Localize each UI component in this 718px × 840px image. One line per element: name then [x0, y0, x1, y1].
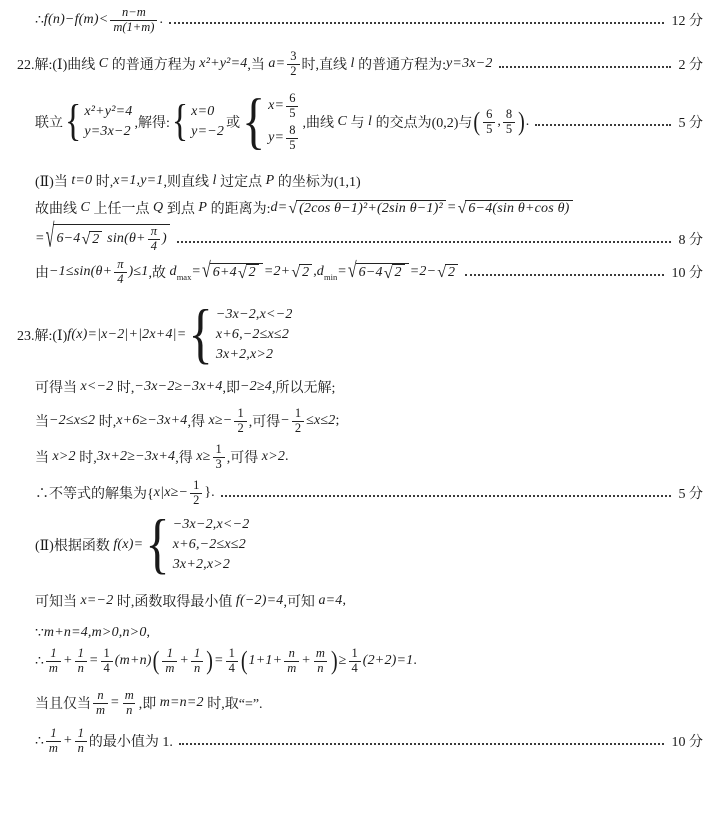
text-run: . — [526, 114, 530, 130]
math-run: −3x−2≥−3x+4 — [134, 379, 222, 395]
line-23-given: ∵m+n=4,m>0,n>0, — [17, 623, 703, 643]
math-run: x²+y²=4 — [199, 56, 247, 72]
dotted-leader — [535, 124, 670, 126]
line-23-solution-set: ∴不等式的解集为{x|x≥−12}.5 分 — [17, 479, 703, 507]
score-label: 5 分 — [679, 112, 704, 132]
text-run: 联立 — [35, 112, 63, 132]
text-run: ,所以无解; — [272, 377, 335, 397]
cases-rows: −3x−2,x<−2x+6,−2≤x≤23x+2,x>2 — [214, 307, 293, 363]
fraction-denominator: 4 — [349, 661, 361, 676]
square-root: √6−4√2 sin(θ+π4) — [46, 224, 170, 253]
math-run: 2 — [249, 265, 256, 281]
text-run: ,即 — [223, 377, 241, 397]
math-run: = — [35, 231, 45, 247]
fraction-denominator: 2 — [287, 64, 299, 79]
line-23-part1-piecewise: 23.解:(Ⅰ)f(x)=|x−2|+|2x+4|={−3x−2,x<−2x+6… — [17, 307, 703, 363]
fraction: 13 — [213, 443, 225, 471]
score-label: 10 分 — [672, 731, 704, 751]
square-root: √6−4√2 — [348, 263, 409, 281]
cases-row: y=3x−2 — [84, 124, 131, 140]
piecewise-cases: {−3x−2,x<−2x+6,−2≤x≤23x+2,x>2 — [145, 517, 249, 573]
text-run: . — [413, 653, 417, 669]
line-23-amgm: ∴1m+1n=14(m+n)(1m+1n)=14(1+1+nm+mn)≥14(2… — [17, 647, 703, 675]
math-run: =2− — [410, 264, 437, 280]
math-run: x=0 — [191, 104, 214, 120]
text-run: ,解得: — [134, 112, 169, 132]
math-run: = — [191, 264, 201, 280]
math-run: x≥ — [196, 449, 210, 465]
math-run: =2+ — [264, 264, 291, 280]
square-root: √(2cos θ−1)²+(2sin θ−1)² — [288, 200, 446, 217]
text-run: 由 — [35, 262, 49, 282]
math-run: Q — [153, 200, 163, 216]
math-run: f(n)−f(m)< — [44, 12, 108, 28]
text-run: 当 — [35, 411, 49, 431]
radical-sign: √ — [202, 260, 211, 281]
fraction-numerator: n−m — [119, 6, 149, 20]
math-run: + — [179, 653, 189, 669]
fraction-denominator: n — [75, 741, 87, 756]
text-run: 上任一点 — [90, 198, 153, 218]
score-label: 8 分 — [679, 229, 704, 249]
fraction: mn — [313, 647, 328, 675]
fraction-numerator: 8 — [286, 124, 298, 138]
fraction: 1n — [75, 647, 87, 675]
fraction-numerator: 1 — [101, 647, 113, 661]
math-run: t=0 — [71, 173, 92, 189]
line-23-case1: 可得当 x<−2 时,−3x−2≥−3x+4,即−2≥4,所以无解; — [17, 377, 703, 397]
math-run: y=3x−2 — [446, 56, 493, 72]
text-run: , — [343, 593, 347, 609]
fraction-numerator: 1 — [47, 727, 59, 741]
line-22-solve-system: 联立{x²+y²=4y=3x−2,解得:{x=0y=−2或{x=65y=85,曲… — [17, 92, 703, 152]
text-run: 时, — [92, 171, 113, 191]
fraction: 12 — [190, 479, 202, 507]
fraction-denominator: n — [123, 703, 135, 718]
text-run: 时,函数取得最小值 — [113, 591, 236, 611]
text-run: 可知当 — [35, 591, 81, 611]
radicand: 6−4√2 sin(θ+π4) — [53, 224, 169, 253]
math-run: f(−2)=4 — [236, 593, 284, 609]
math-run: 2 — [302, 265, 309, 281]
radicand: 2 — [299, 264, 312, 281]
math-run: 6+4 — [213, 265, 237, 281]
math-run: x= — [268, 98, 284, 114]
math-run: C — [99, 56, 109, 72]
radicand: 2 — [445, 264, 458, 281]
fraction-numerator: n — [286, 647, 298, 661]
text-run: 到点 — [163, 198, 198, 218]
math-run: a= — [268, 56, 285, 72]
math-run: 6−4 — [359, 265, 383, 281]
line-23-min-value: 可知当 x=−2 时,函数取得最小值 f(−2)=4,可知 a=4, — [17, 591, 703, 611]
fraction-numerator: π — [148, 225, 160, 239]
math-run: + — [63, 653, 73, 669]
text-run: (Ⅱ)根据函数 — [35, 535, 113, 555]
fraction: 32 — [287, 50, 299, 78]
text-run: 过定点 — [217, 171, 266, 191]
big-paren: ) — [331, 648, 338, 674]
text-run: 的普通方程为 — [108, 54, 199, 74]
fraction-numerator: 1 — [213, 443, 225, 457]
text-run: . — [285, 449, 289, 465]
math-run: 3x+2,x>2 — [216, 347, 273, 363]
math-run: x>2 — [262, 449, 285, 465]
piecewise-cases: {x=65y=85 — [242, 92, 300, 152]
line-23-case3: 当 x>2 时,3x+2≥−3x+4,得 x≥13,可得 x>2. — [17, 443, 703, 471]
math-run: P — [266, 173, 275, 189]
cases-row: y=85 — [268, 124, 300, 152]
math-run: P — [198, 200, 207, 216]
fraction-numerator: n — [94, 689, 106, 703]
fraction: mn — [122, 689, 137, 717]
text-run: 或 — [226, 112, 240, 132]
left-brace: { — [172, 100, 188, 144]
math-run: (2cos θ−1)²+(2sin θ−1)² — [299, 201, 443, 217]
line-22-distance-simplified: =√6−4√2 sin(θ+π4)8 分 — [17, 224, 703, 253]
cases-row: x²+y²=4 — [84, 104, 132, 120]
math-run: y=3x−2 — [84, 124, 131, 140]
text-run: (Ⅱ)当 — [35, 171, 71, 191]
math-run: x=1,y=1 — [113, 173, 163, 189]
fraction-numerator: 6 — [286, 92, 298, 106]
cases-row: 3x+2,x>2 — [216, 347, 273, 363]
fraction-denominator: 3 — [213, 457, 225, 472]
score-label: 5 分 — [679, 483, 704, 503]
square-root: √2 — [291, 264, 312, 281]
fraction-denominator: m(1+m) — [110, 20, 157, 35]
fraction: nm — [93, 689, 108, 717]
piecewise-cases: {x=0y=−2 — [172, 104, 224, 140]
text-run: ,可知 — [283, 591, 318, 611]
math-run: C — [337, 114, 347, 130]
text-run: , — [497, 114, 501, 130]
text-run: 当 — [35, 447, 53, 467]
fraction: nm — [284, 647, 299, 675]
fraction-denominator: m — [284, 661, 299, 676]
math-run: a=4 — [318, 593, 342, 609]
square-root: √6−4(sin θ+cos θ) — [458, 200, 573, 217]
left-brace: { — [145, 512, 169, 578]
math-run: ≤x≤2 — [306, 413, 335, 429]
radicand: 2 — [392, 264, 405, 281]
text-run: ,即 — [139, 693, 160, 713]
text-run: ; — [336, 413, 340, 429]
math-run: x²+y²=4 — [84, 104, 132, 120]
math-run: )≤1 — [129, 264, 149, 280]
cases-row: x=0 — [191, 104, 214, 120]
text-run: ,得 — [188, 411, 209, 431]
subscript: min — [324, 272, 337, 282]
fraction-denominator: m — [93, 703, 108, 718]
math-run: (2+2)=1 — [363, 653, 414, 669]
fraction: 12 — [234, 407, 246, 435]
fraction-denominator: m — [46, 661, 61, 676]
fraction-numerator: 1 — [164, 647, 176, 661]
fraction: 12 — [292, 407, 304, 435]
big-paren: ) — [518, 109, 525, 135]
text-run: 时, — [95, 411, 116, 431]
document-body: ∴f(n)−f(m)<n−mm(1+m).12 分22.解:(Ⅰ)曲线 C 的普… — [17, 6, 703, 755]
text-run: ∴ — [35, 733, 44, 750]
line-22-part2-point: (Ⅱ)当 t=0 时,x=1,y=1,则直线 l 过定点 P 的坐标为(1,1) — [17, 171, 703, 191]
fraction-numerator: m — [313, 647, 328, 661]
math-run: = — [214, 653, 224, 669]
math-run: + — [301, 653, 311, 669]
fraction-numerator: 1 — [349, 647, 361, 661]
math-run: x+6,−2≤x≤2 — [216, 327, 289, 343]
math-run: 3x+2≥−3x+4 — [97, 449, 175, 465]
math-run: x|x≥− — [154, 485, 188, 501]
line-21-conclusion: ∴f(n)−f(m)<n−mm(1+m).12 分 — [17, 6, 703, 34]
cases-rows: x=65y=85 — [266, 92, 300, 152]
math-run: − — [280, 413, 290, 429]
line-22-distance: 故曲线 C 上任一点 Q 到点 P 的距离为:d=√(2cos θ−1)²+(2… — [17, 198, 703, 218]
math-run: 2 — [448, 265, 455, 281]
math-run: x+6,−2≤x≤2 — [173, 537, 246, 553]
line-23-equality-condition: 当且仅当nm=mn,即 m=n=2 时,取“=”. — [17, 689, 703, 717]
piecewise-cases: {x²+y²=4y=3x−2 — [65, 104, 132, 140]
cases-row: −3x−2,x<−2 — [216, 307, 293, 323]
text-run: }. — [204, 485, 214, 501]
cases-row: 3x+2,x>2 — [173, 557, 230, 573]
score-label: 2 分 — [679, 54, 704, 74]
fraction-denominator: 2 — [292, 421, 304, 436]
square-root: √2 — [82, 231, 103, 248]
math-run: = — [89, 653, 99, 669]
text-run: 的坐标为(1,1) — [274, 171, 360, 191]
text-run: 的距离为: — [207, 198, 270, 218]
fraction-numerator: 1 — [47, 647, 59, 661]
dotted-leader — [465, 274, 663, 276]
line-22-part1: 22.解:(Ⅰ)曲线 C 的普通方程为 x²+y²=4,当 a=32时,直线 l… — [17, 50, 703, 78]
fraction-denominator: n — [314, 661, 326, 676]
math-run: −1≤sin(θ+ — [49, 264, 112, 280]
fraction: 85 — [286, 124, 298, 152]
math-run: y= — [268, 130, 284, 146]
fraction: π4 — [114, 258, 126, 286]
fraction: 85 — [503, 108, 515, 136]
text-run: ,故 — [148, 262, 169, 282]
big-paren: ( — [473, 109, 480, 135]
fraction-numerator: 1 — [292, 407, 304, 421]
radicand: 2 — [89, 231, 102, 248]
text-run: ,可得 — [227, 447, 262, 467]
fraction-denominator: 4 — [114, 272, 126, 287]
math-run: (m+n) — [115, 653, 152, 669]
fraction-denominator: 4 — [101, 661, 113, 676]
fraction-numerator: m — [122, 689, 137, 703]
left-brace: { — [242, 91, 265, 153]
big-paren: ( — [153, 648, 160, 674]
text-run: 时, — [76, 447, 97, 467]
fraction-denominator: 4 — [226, 661, 238, 676]
document-page: ∴f(n)−f(m)<n−mm(1+m).12 分22.解:(Ⅰ)曲线 C 的普… — [0, 0, 718, 840]
math-run: m+n=4,m>0,n>0 — [44, 625, 147, 641]
fraction-numerator: π — [114, 258, 126, 272]
cases-row: y=−2 — [191, 124, 224, 140]
radicand: (2cos θ−1)²+(2sin θ−1)² — [296, 200, 446, 217]
fraction: 1n — [75, 727, 87, 755]
fraction: n−mm(1+m) — [110, 6, 157, 34]
radical-sign: √ — [46, 222, 55, 253]
math-run: ≥ — [339, 653, 347, 669]
fraction: 14 — [101, 647, 113, 675]
square-root: √2 — [437, 264, 458, 281]
text-run: ∴ — [35, 653, 44, 670]
subscript: max — [177, 272, 192, 282]
text-run: 与 — [347, 112, 368, 132]
fraction-denominator: n — [75, 661, 87, 676]
piecewise-cases: {−3x−2,x<−2x+6,−2≤x≤23x+2,x>2 — [188, 307, 292, 363]
text-run: 22.解:(Ⅰ)曲线 — [17, 54, 99, 74]
math-run: d — [169, 264, 176, 280]
math-run: x>2 — [53, 449, 76, 465]
math-run: −2≤x≤2 — [49, 413, 95, 429]
math-run: 3x+2,x>2 — [173, 557, 230, 573]
line-23-part2-piecewise: (Ⅱ)根据函数 f(x)={−3x−2,x<−2x+6,−2≤x≤23x+2,x… — [17, 517, 703, 573]
big-paren: ) — [206, 648, 213, 674]
text-run: 当且仅当 — [35, 693, 91, 713]
cases-row: −3x−2,x<−2 — [173, 517, 250, 533]
fraction-numerator: 1 — [191, 647, 203, 661]
text-run: ,曲线 — [302, 112, 337, 132]
cases-row: x+6,−2≤x≤2 — [216, 327, 289, 343]
fraction-numerator: 3 — [287, 50, 299, 64]
math-run: 1+1+ — [249, 653, 283, 669]
math-run: −3x−2,x<−2 — [173, 517, 250, 533]
dotted-leader — [169, 22, 664, 24]
line-23-case2: 当−2≤x≤2 时,x+6≥−3x+4,得 x≥−12,可得−12≤x≤2; — [17, 407, 703, 435]
math-run: y=−2 — [191, 124, 224, 140]
fraction: 14 — [349, 647, 361, 675]
cases-row: x+6,−2≤x≤2 — [173, 537, 246, 553]
math-run: C — [81, 200, 91, 216]
text-run: 的最小值为 1. — [89, 731, 173, 751]
square-root: √6+4√2 — [202, 263, 263, 281]
math-run: d= — [271, 200, 288, 216]
radicand: 6+4√2 — [210, 263, 263, 281]
math-run: f(x)=|x−2|+|2x+4|= — [67, 327, 186, 343]
fraction-denominator: 4 — [148, 239, 160, 254]
fraction: 1n — [191, 647, 203, 675]
dotted-leader — [177, 241, 671, 243]
text-run: ∵ — [35, 625, 44, 642]
text-run: 23.解:(Ⅰ) — [17, 325, 67, 345]
text-run: ,则直线 — [164, 171, 213, 191]
fraction-numerator: 1 — [75, 727, 87, 741]
left-brace: { — [188, 302, 212, 368]
math-run: x=−2 — [81, 593, 114, 609]
fraction-denominator: 5 — [286, 106, 298, 121]
math-run: = — [110, 695, 120, 711]
math-run: ) — [162, 231, 167, 247]
fraction-numerator: 1 — [190, 479, 202, 493]
fraction: π4 — [148, 225, 160, 253]
text-run: ,当 — [247, 54, 268, 74]
text-run: . — [159, 12, 163, 28]
fraction-numerator: 1 — [234, 407, 246, 421]
line-23-final-answer: ∴1m+1n的最小值为 1.10 分 — [17, 727, 703, 755]
square-root: √2 — [384, 264, 405, 281]
fraction: 1m — [46, 647, 61, 675]
math-run: f(x)= — [113, 537, 143, 553]
text-run: 时,取“=”. — [204, 693, 263, 713]
radicand: 6−4(sin θ+cos θ) — [465, 200, 572, 217]
line-22-dmax-dmin: 由−1≤sin(θ+π4)≤1,故 dmax=√6+4√2=2+√2,dmin=… — [17, 258, 703, 286]
cases-rows: x²+y²=4y=3x−2 — [82, 104, 132, 140]
score-label: 10 分 — [672, 262, 704, 282]
math-run: 6−4 — [56, 231, 80, 247]
text-run: ∴ — [35, 12, 44, 29]
dotted-leader — [499, 66, 671, 68]
math-run: x<−2 — [81, 379, 114, 395]
text-run: ,可得 — [249, 411, 281, 431]
text-run: 故曲线 — [35, 198, 81, 218]
fraction: 1m — [46, 727, 61, 755]
fraction-denominator: 2 — [234, 421, 246, 436]
fraction-denominator: n — [191, 661, 203, 676]
math-run: = — [337, 264, 347, 280]
fraction: 1m — [162, 647, 177, 675]
fraction-numerator: 1 — [226, 647, 238, 661]
radicand: 2 — [246, 264, 259, 281]
radicand: 6−4√2 — [356, 263, 409, 281]
fraction-numerator: 6 — [483, 108, 495, 122]
fraction-denominator: m — [46, 741, 61, 756]
math-run: m=n=2 — [160, 695, 204, 711]
cases-rows: −3x−2,x<−2x+6,−2≤x≤23x+2,x>2 — [171, 517, 250, 573]
dotted-leader — [179, 743, 664, 745]
text-run: , — [147, 625, 151, 641]
cases-rows: x=0y=−2 — [189, 104, 224, 140]
text-run: ,得 — [175, 447, 196, 467]
math-run: −2≥4 — [240, 379, 272, 395]
fraction-denominator: 2 — [190, 493, 202, 508]
dotted-leader — [221, 495, 671, 497]
text-run: 的普通方程为: — [355, 54, 446, 74]
text-run: ∴不等式的解集为{ — [35, 483, 154, 503]
math-run: + — [63, 733, 73, 749]
left-brace: { — [65, 100, 81, 144]
math-run: x+6≥−3x+4 — [116, 413, 187, 429]
cases-row: x=65 — [268, 92, 300, 120]
fraction-denominator: 5 — [483, 122, 495, 137]
fraction-denominator: m — [162, 661, 177, 676]
radical-sign: √ — [348, 260, 357, 281]
text-run: 时, — [113, 377, 134, 397]
fraction: 14 — [226, 647, 238, 675]
math-run: 6−4(sin θ+cos θ) — [468, 201, 569, 217]
math-run: = — [447, 200, 457, 216]
square-root: √2 — [238, 264, 259, 281]
math-run: 2 — [92, 232, 99, 248]
score-label: 12 分 — [672, 10, 704, 30]
math-run: −3x−2,x<−2 — [216, 307, 293, 323]
math-run: sin(θ+ — [103, 231, 145, 247]
math-run: x≥− — [209, 413, 233, 429]
math-run: 2 — [395, 265, 402, 281]
fraction-numerator: 8 — [503, 108, 515, 122]
fraction: 65 — [286, 92, 298, 120]
fraction: 65 — [483, 108, 495, 136]
fraction-denominator: 5 — [503, 122, 515, 137]
text-run: 可得当 — [35, 377, 81, 397]
fraction-denominator: 5 — [286, 138, 298, 153]
big-paren: ( — [241, 648, 248, 674]
math-run: d — [317, 264, 324, 280]
fraction-numerator: 1 — [75, 647, 87, 661]
